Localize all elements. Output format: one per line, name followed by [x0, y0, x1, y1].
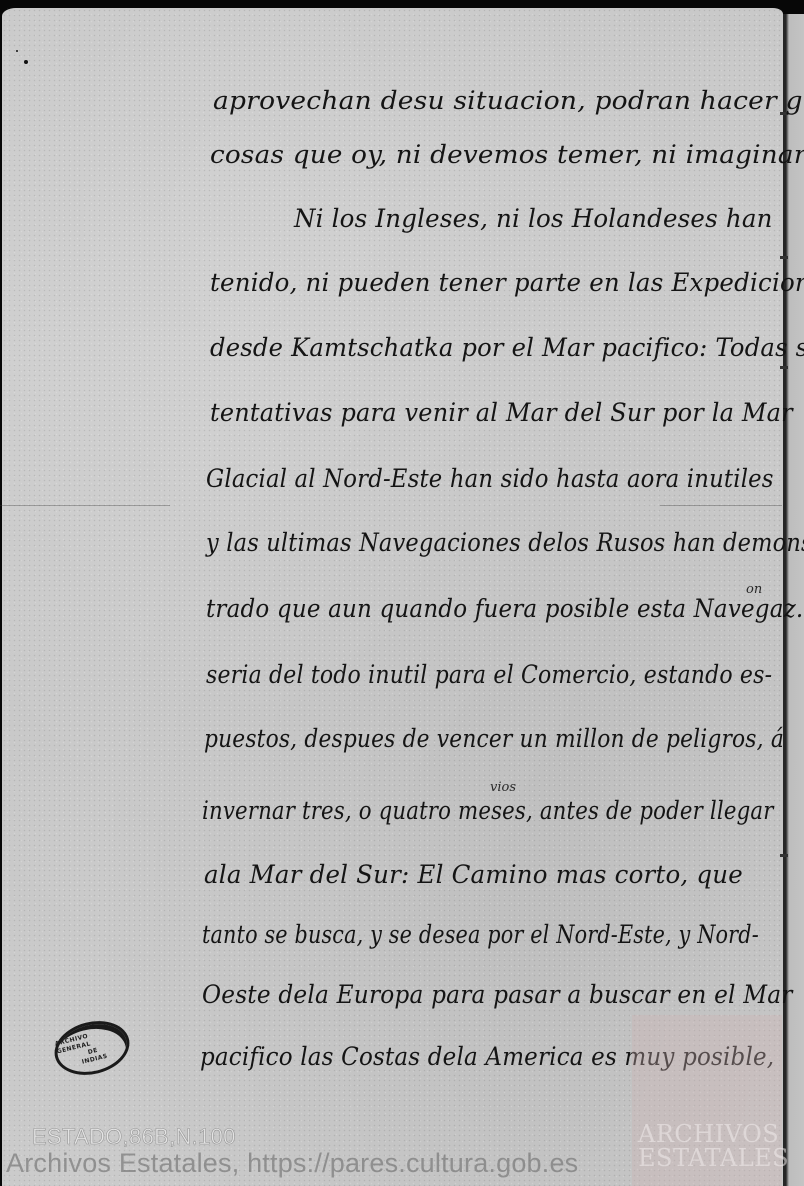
manuscript-line-13: ala Mar del Sur: El Camino mas corto, qu… [204, 860, 743, 889]
document-reference: ESTADO,86B,N.100 [32, 1124, 236, 1150]
manuscript-line-2: cosas que oy, ni devemos temer, ni imagi… [210, 140, 804, 169]
fold-line [0, 505, 170, 506]
manuscript-line-12: invernar tres, o quatro meses, antes de … [202, 796, 774, 825]
manuscript-line-8: y las ultimas Navegaciones delos Rusos h… [206, 528, 804, 557]
archivos-estatales-logo-text: ARCHIVOS ESTATALES [638, 1122, 788, 1170]
logo-line-2: ESTATALES [638, 1146, 788, 1170]
manuscript-line-1: aprovechan desu situacion, podran hacer … [213, 86, 804, 115]
logo-line-1: ARCHIVOS [638, 1122, 788, 1146]
manuscript-line-7: Glacial al Nord-Este han sido hasta aora… [206, 464, 774, 493]
fold-line [660, 505, 782, 506]
manuscript-line-11: puestos, despues de vencer un millon de … [204, 724, 784, 753]
manuscript-line-15: Oeste dela Europa para pasar a buscar en… [202, 980, 793, 1009]
margin-tick [780, 366, 788, 369]
ink-speck [16, 50, 18, 52]
archive-credit-link[interactable]: Archivos Estatales, https://pares.cultur… [6, 1148, 578, 1179]
manuscript-line-5: desde Kamtschatka por el Mar pacifico: T… [210, 333, 804, 362]
interlinear-note: vios [490, 780, 516, 795]
ink-speck [24, 60, 28, 64]
margin-tick [780, 256, 788, 259]
manuscript-line-9: trado que aun quando fuera posible esta … [206, 594, 803, 623]
manuscript-line-4: tenido, ni pueden tener parte en las Exp… [210, 268, 804, 297]
manuscript-line-14: tanto se busca, y se desea por el Nord-E… [202, 920, 759, 949]
margin-tick [780, 854, 788, 857]
manuscript-line-3: Ni los Ingleses, ni los Holandeses han [294, 204, 773, 233]
stamp-line-3: INDIAS [81, 1053, 109, 1067]
manuscript-line-10: seria del todo inutil para el Comercio, … [206, 660, 772, 689]
interlinear-note: on [746, 582, 762, 597]
manuscript-line-6: tentativas para venir al Mar del Sur por… [210, 398, 793, 427]
